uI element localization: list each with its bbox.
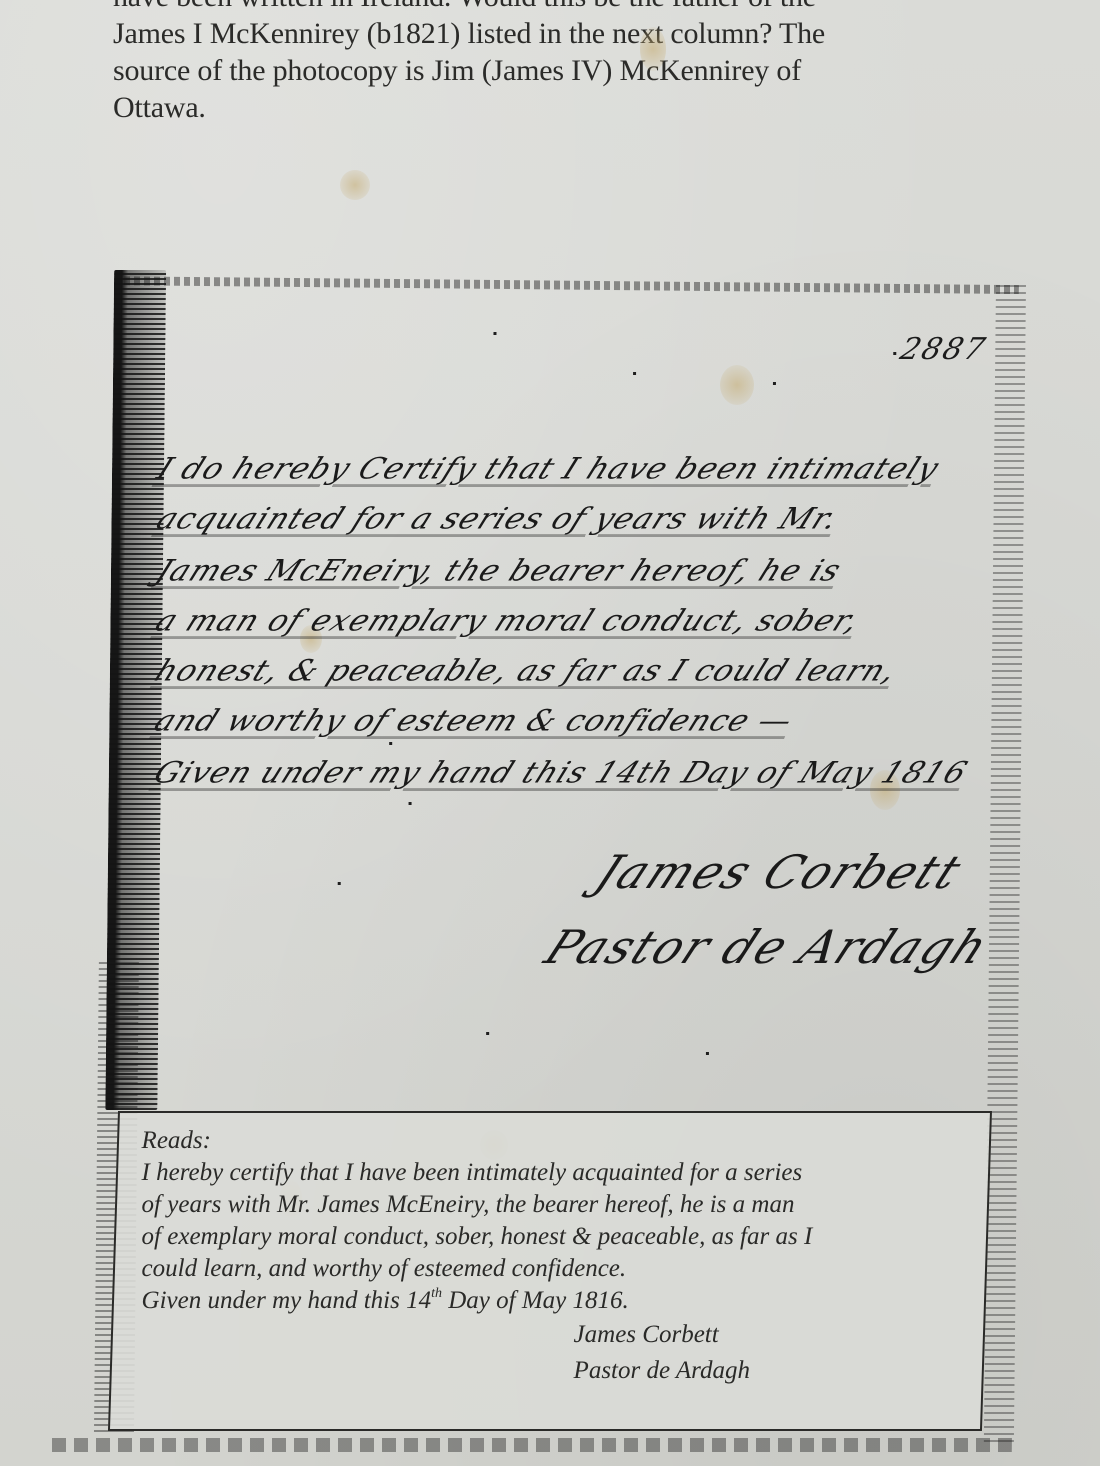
paper-stain <box>340 170 370 200</box>
paper-stain <box>640 27 666 71</box>
transcription-date-line: Given under my hand this 14th Day of May… <box>142 1285 970 1317</box>
photocopy-speck <box>893 352 896 355</box>
transcription-box: Reads: I hereby certify that I have been… <box>108 1111 992 1431</box>
date-ordinal: th <box>431 1286 442 1301</box>
handwritten-signature-title: Pastor de Ardagh <box>537 920 999 974</box>
photocopy-right-edge <box>984 282 1026 1442</box>
photocopy-speck <box>486 1032 489 1035</box>
handwritten-line: I do hereby Certify that I have been int… <box>152 452 945 486</box>
photocopy-speck <box>493 332 496 335</box>
photocopy-speck <box>389 742 392 745</box>
date-text-rest: Day of May 1816. <box>442 1287 629 1314</box>
transcription-signer-title: Pastor de Ardagh <box>142 1353 970 1389</box>
catalog-number: 2887 <box>896 332 990 367</box>
intro-line: James I McKennirey (b1821) listed in the… <box>113 15 1033 52</box>
photocopy-top-edge <box>124 272 1019 294</box>
handwritten-line: and worthy of esteem & confidence — <box>149 704 798 738</box>
transcription-signer-name: James Corbett <box>142 1317 970 1353</box>
handwritten-line: honest, & peaceable, as far as I could l… <box>150 654 903 688</box>
transcription-text: Reads: I hereby certify that I have been… <box>142 1125 970 1389</box>
transcription-line: could learn, and worthy of esteemed conf… <box>142 1253 970 1285</box>
date-text: Given under my hand this 14 <box>142 1287 432 1314</box>
photocopy-speck <box>706 1052 709 1055</box>
intro-line: have been written in Ireland. Would this… <box>113 0 1033 15</box>
transcription-line: of exemplary moral conduct, sober, hones… <box>142 1221 970 1253</box>
photocopy-speck <box>773 382 776 385</box>
transcription-line: I hereby certify that I have been intima… <box>142 1157 970 1189</box>
handwritten-line: acquainted for a series of years with Mr… <box>151 502 844 536</box>
transcription-line: of years with Mr. James McEneiry, the be… <box>142 1189 970 1221</box>
handwritten-line: Given under my hand this 14th Day of May… <box>149 756 973 790</box>
handwritten-signature-name: James Corbett <box>588 845 972 899</box>
photocopy-bottom-edge <box>52 1438 1012 1452</box>
photocopy-speck <box>409 802 412 805</box>
intro-line: source of the photocopy is Jim (James IV… <box>113 52 1033 89</box>
handwritten-line: a man of exemplary moral conduct, sober, <box>150 604 865 638</box>
transcription-heading: Reads: <box>142 1125 970 1157</box>
intro-line: Ottawa. <box>113 89 1033 126</box>
handwritten-line: James McEneiry, the bearer hereof, he is <box>151 554 847 588</box>
intro-paragraph: have been written in Ireland. Would this… <box>113 0 1033 126</box>
photocopy-speck <box>633 372 636 375</box>
photocopy-speck <box>338 882 341 885</box>
